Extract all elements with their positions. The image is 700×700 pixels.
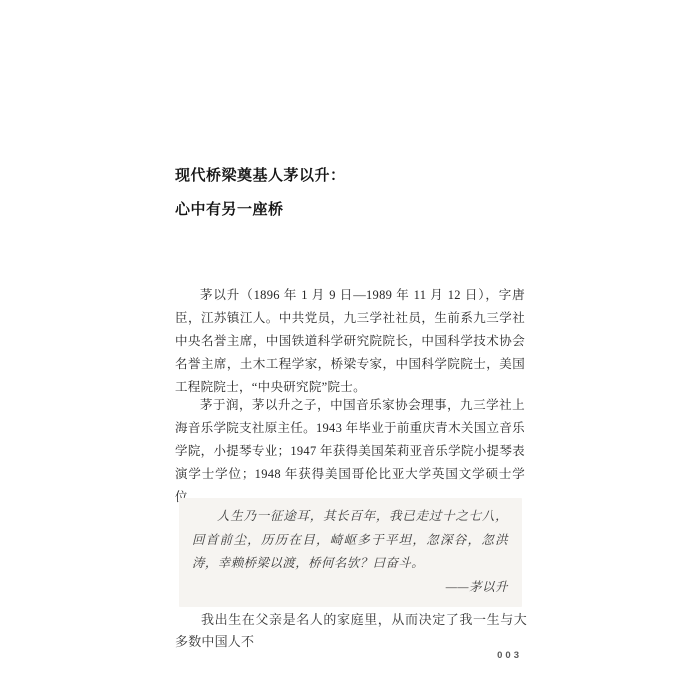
- bio-paragraph-mao-yurun: 茅于润，茅以升之子，中国音乐家协会理事，九三学社上海音乐学院支社原主任。1943…: [175, 394, 525, 509]
- epigraph-quote-block: 人生乃一征途耳，其长百年，我已走过十之七八，回首前尘，历历在目，崎岖多于平坦，忽…: [179, 498, 522, 607]
- page-number: 003: [175, 650, 522, 661]
- quote-text: 人生乃一征途耳，其长百年，我已走过十之七八，回首前尘，历历在目，崎岖多于平坦，忽…: [192, 505, 508, 576]
- bio-paragraph-mao-yisheng: 茅以升（1896 年 1 月 9 日—1989 年 11 月 12 日），字唐臣…: [175, 284, 525, 399]
- quote-attribution: ——茅以升: [192, 577, 508, 598]
- page-content-column: 现代桥梁奠基人茅以升： 心中有另一座桥 茅以升（1896 年 1 月 9 日—1…: [175, 0, 525, 700]
- chapter-title: 现代桥梁奠基人茅以升：: [175, 164, 346, 185]
- chapter-subtitle: 心中有另一座桥: [175, 198, 284, 219]
- book-page: 现代桥梁奠基人茅以升： 心中有另一座桥 茅以升（1896 年 1 月 9 日—1…: [0, 0, 700, 700]
- body-opening-paragraph: 我出生在父亲是名人的家庭里，从而决定了我一生与大多数中国人不: [175, 609, 527, 653]
